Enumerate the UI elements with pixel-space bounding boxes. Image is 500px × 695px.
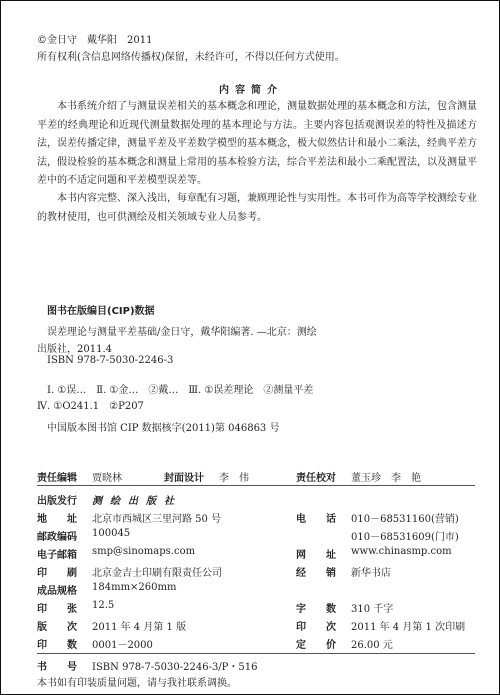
summary-title: 内容简介 <box>1 81 500 96</box>
postcode-label: 邮政编码 <box>37 528 77 543</box>
publisher-label: 出版发行 <box>37 492 77 507</box>
rights-statement: 所有权利(含信息网络传播权)保留，未经许可，不得以任何方式使用。 <box>37 52 345 64</box>
size-value: 184mm×260mm <box>92 582 176 593</box>
proofreader-label: 责任校对 <box>296 469 336 484</box>
website-label: 网 址 <box>296 546 336 561</box>
edition-value: 2011 年 4 月第 1 版 <box>92 618 186 633</box>
sheets-label: 印 张 <box>37 600 77 615</box>
distributor-value: 新华书店 <box>351 564 391 579</box>
editor-value: 贾晓林 <box>92 469 122 484</box>
cover-design-label: 封面设计 <box>164 469 204 484</box>
cip-isbn: ISBN 978-7-5030-2246-3 <box>47 355 173 366</box>
quality-notice: 本书如有印装质量问题，请与我社联系调换。 <box>37 674 237 689</box>
divider-top <box>37 485 475 486</box>
website-value: www.chinasmp.com <box>351 546 452 557</box>
printer-label: 印 刷 <box>37 564 77 579</box>
print-run-label: 印 数 <box>37 636 77 651</box>
editor-label: 责任编辑 <box>37 469 77 484</box>
publisher-logotype: 测绘出版社 <box>92 492 182 507</box>
copyright-line: ©金日守 戴华阳 2011 <box>37 35 152 47</box>
cip-verification: 中国版本图书馆 CIP 数据核字(2011)第 046863 号 <box>47 419 279 434</box>
printing-value: 2011 年 4 月第 1 次印刷 <box>351 618 465 633</box>
word-count-value: 310 千字 <box>351 600 393 615</box>
divider-bottom <box>37 653 475 654</box>
address-value: 北京市西城区三里河路 50 号 <box>92 510 221 525</box>
edition-label: 版 次 <box>37 618 77 633</box>
distributor-label: 经 销 <box>296 564 336 579</box>
printer-value: 北京金吉士印刷有限责任公司 <box>92 564 222 579</box>
price-value: 26.00 元 <box>351 636 393 651</box>
cip-entry-line-2: 出版社，2011.4 <box>37 340 112 355</box>
phone-value-2: 010－68531609(门市) <box>351 528 459 543</box>
summary-paragraph-1: 本书系统介绍了与测量误差相关的基本概念和理论，测量数据处理的基本概念和方法，包含… <box>37 98 477 191</box>
word-count-label: 字 数 <box>296 600 336 615</box>
book-number-value: ISBN 978-7-5030-2246-3/P・516 <box>92 658 258 673</box>
sheets-value: 12.5 <box>92 600 114 611</box>
postcode-value: 100045 <box>92 528 130 539</box>
address-label: 地 址 <box>37 510 77 525</box>
cip-entry-line-1: 误差理论与测量平差基础/金日守，戴华阳编著. —北京：测绘 <box>47 323 317 338</box>
copyright-page: ©金日守 戴华阳 2011 所有权利(含信息网络传播权)保留，未经许可，不得以任… <box>0 0 500 695</box>
printing-label: 印 次 <box>296 618 336 633</box>
proofreader-value: 董玉珍 李 艳 <box>351 469 421 484</box>
cip-subjects-line-2: Ⅳ. ①O241.1 ②P207 <box>37 397 144 412</box>
size-label: 成品规格 <box>37 582 77 597</box>
print-run-value: 0001－2000 <box>92 636 153 651</box>
cip-subjects-line-1: Ⅰ. ①误… Ⅱ. ①金… ②戴… Ⅲ. ①误差理论 ②测量平差 <box>47 381 313 396</box>
summary-paragraph-2: 本书内容完整、深入浅出，每章配有习题，兼顾理论性与实用性。本书可作为高等学校测绘… <box>37 190 477 227</box>
cip-title: 图书在版编目(CIP)数据 <box>47 302 155 317</box>
email-label: 电子邮箱 <box>37 546 77 561</box>
email-value: smp@sinomaps.com <box>92 546 195 557</box>
phone-value-1: 010－68531160(营销) <box>351 510 459 525</box>
price-label: 定 价 <box>296 636 336 651</box>
book-number-label: 书 号 <box>37 658 77 673</box>
cover-design-value: 李 伟 <box>219 469 249 484</box>
phone-label: 电 话 <box>296 510 336 525</box>
